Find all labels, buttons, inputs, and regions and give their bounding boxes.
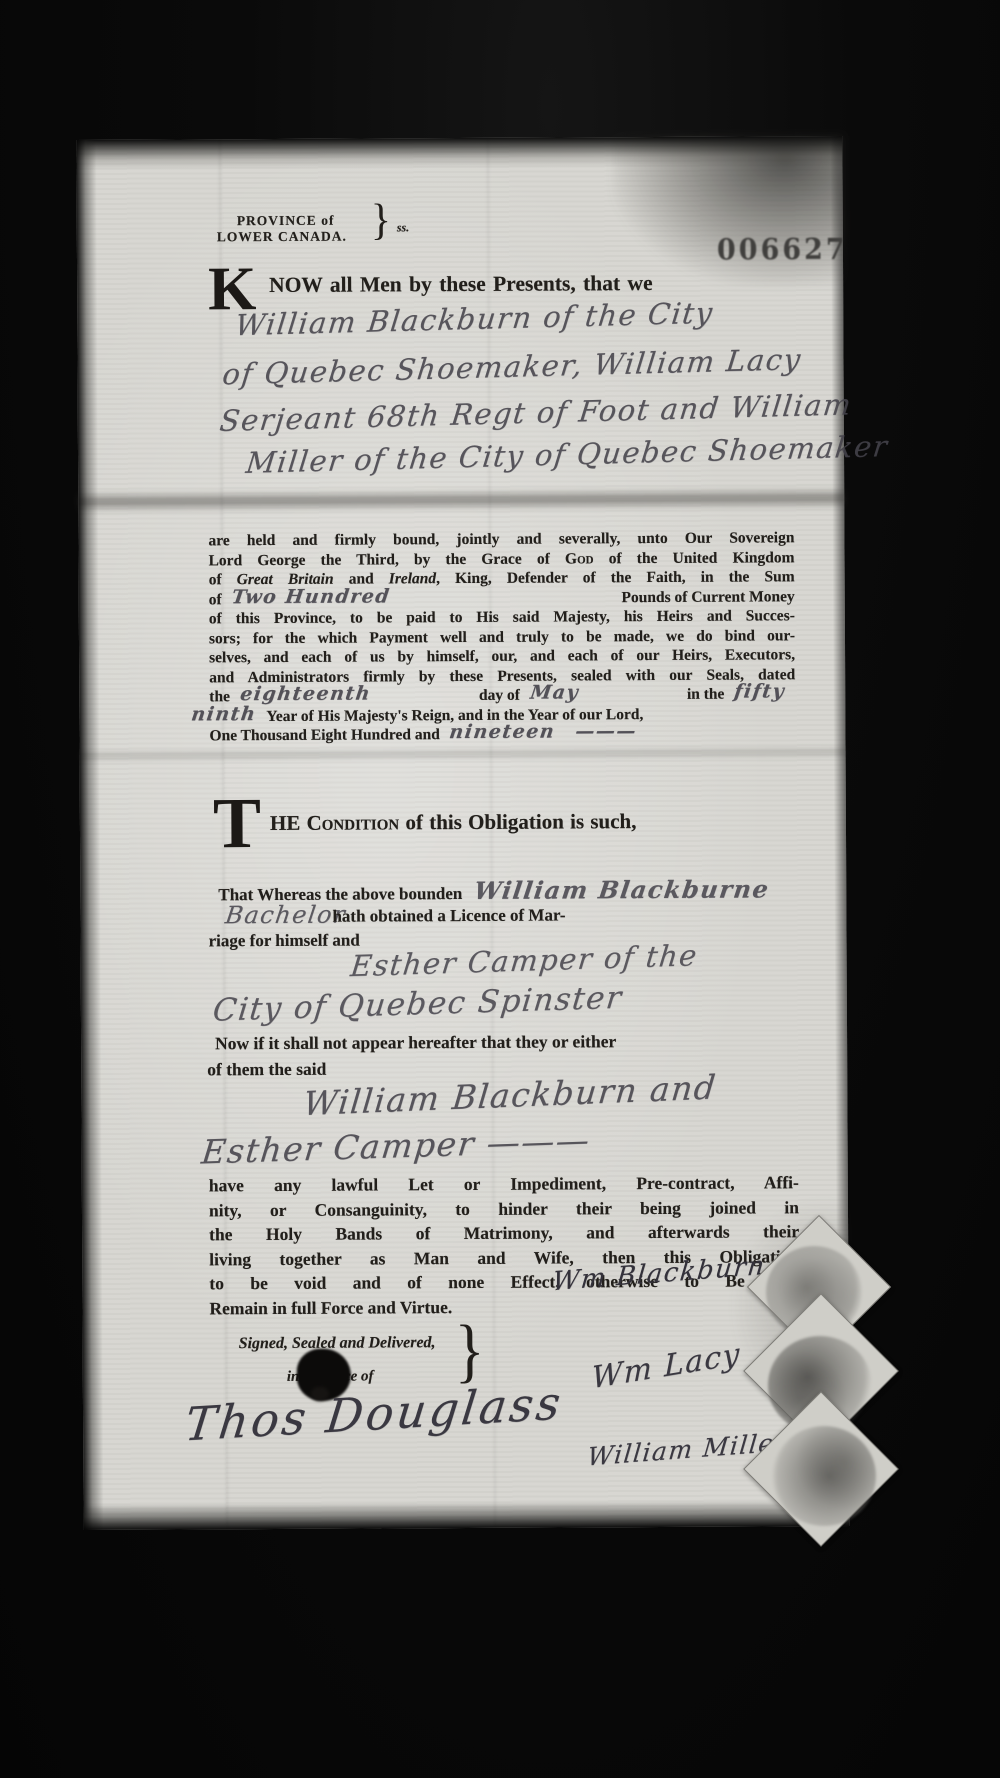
paper-crease-middle	[80, 746, 846, 762]
bond-line-segment: One Thousand Eight Hundred and	[209, 726, 439, 744]
paper-edge-bottom	[84, 1500, 850, 1530]
bond-line-segment: of	[209, 590, 222, 610]
bond-line-gap	[589, 699, 687, 700]
condition-heading-text: HE Condition of this Obligation is such,	[270, 809, 637, 836]
condition-heading-dropcap: T	[213, 791, 261, 855]
province-ss-abbreviation: ss.	[397, 220, 409, 235]
stamp-serial-number: 006627	[717, 233, 848, 267]
province-brace: }	[371, 195, 391, 246]
condition-heading-smallcaps: Condition	[306, 810, 399, 834]
know-heading-text: NOW all Men by these Presents, that we	[269, 271, 653, 298]
handwritten-regnal-year-part2: ninth	[190, 707, 257, 721]
bond-line: are held and firmly bound, jointly and s…	[208, 528, 794, 551]
handwritten-bride-name: Esther Camper of the	[349, 938, 700, 983]
impediment-line: the Holy Bands of Matrimony, and afterwa…	[209, 1219, 799, 1247]
bond-line-segment: Lord George the Third, by the Grace of	[209, 550, 566, 569]
paper-edge-top	[76, 136, 842, 170]
paper-edge-left	[76, 140, 103, 1530]
bond-line: selves, and each of us by himself, our, …	[209, 645, 795, 668]
signature-surety-lacy: Wm Lacy	[592, 1336, 741, 1396]
handwritten-couple-line1: William Blackburn and	[302, 1067, 719, 1123]
handwritten-bride-residence: City of Quebec Spinster	[211, 980, 624, 1029]
impediment-line: nity, or Consanguinity, to hinder their …	[209, 1195, 799, 1223]
handwritten-obligors-line2: of Quebec Shoemaker, William Lacy	[221, 342, 804, 391]
handwritten-obligors-line4: Miller of the City of Quebec Shoemaker	[244, 429, 890, 480]
bond-paragraph: are held and firmly bound, jointly and s…	[208, 528, 795, 746]
bond-line-segment: Pounds of Current Money	[621, 587, 794, 607]
paper-sheet: PROVINCE of LOWER CANADA. } ss. 006627 K…	[76, 136, 849, 1530]
condition-heading-segment: HE	[270, 811, 307, 835]
bond-line-god: God	[565, 550, 594, 567]
bond-line: of this Province, to be paid to His said…	[209, 606, 795, 629]
handwritten-groom-status: Bachelor	[224, 901, 348, 930]
now-clause-line1: Now if it shall not appear hereafter tha…	[215, 1031, 616, 1054]
paper-crease-upper	[78, 488, 844, 512]
signature-witness: Thos Douglass	[182, 1375, 566, 1451]
province-caption-line1: PROVINCE of	[237, 213, 335, 230]
handwritten-obligors-line1: William Blackburn of the City	[233, 296, 715, 343]
now-clause-line2: of them the said	[207, 1059, 326, 1081]
bond-line-year: One Thousand Eight Hundred andnineteen——…	[209, 723, 795, 746]
handwritten-sum: Two Hundred	[231, 589, 391, 604]
bond-line-gap	[381, 700, 479, 701]
bond-line-segment: day of	[479, 686, 520, 706]
seal-wax-impression	[772, 1426, 876, 1526]
handwritten-flourish-dash: ———	[575, 724, 638, 738]
licence-clause-line2: riage for himself and	[209, 931, 360, 952]
bond-line-ireland: Ireland	[389, 570, 436, 587]
handwritten-obligors-line3: Serjeant 68th Regt of Foot and William	[218, 387, 854, 438]
impediment-paragraph: have any lawful Let or Impediment, Pre-c…	[209, 1170, 800, 1320]
licence-clause-line1: hath obtained a Licence of Mar-	[332, 905, 565, 926]
impediment-line: Remain in full Force and Virtue.	[209, 1293, 799, 1321]
handwritten-regnal-year-part1: fifty	[733, 684, 786, 698]
condition-heading-segment: of this Obligation is such,	[399, 809, 636, 834]
attestation-line1: Signed, Sealed and Delivered,	[239, 1334, 436, 1353]
handwritten-month: May	[529, 685, 580, 699]
handwritten-year: nineteen	[449, 725, 557, 740]
document-scan: PROVINCE of LOWER CANADA. } ss. 006627 K…	[0, 0, 1000, 1778]
bond-line-gap	[400, 602, 621, 603]
province-caption-line2: LOWER CANADA.	[217, 229, 347, 246]
bond-line-segment: of the United Kingdom	[594, 549, 795, 567]
bond-line-segment: , King, Defender of the Faith, in the Su…	[436, 568, 795, 587]
impediment-line: have any lawful Let or Impediment, Pre-c…	[209, 1170, 799, 1198]
bond-line-segment: in the	[687, 685, 725, 705]
bond-line-date: theeighteenthday ofMayin thefifty	[209, 684, 795, 707]
handwritten-groom-name: William Blackburne	[472, 874, 771, 905]
handwritten-day: eighteenth	[239, 686, 372, 701]
handwritten-couple-line2: Esther Camper ———	[200, 1120, 593, 1171]
